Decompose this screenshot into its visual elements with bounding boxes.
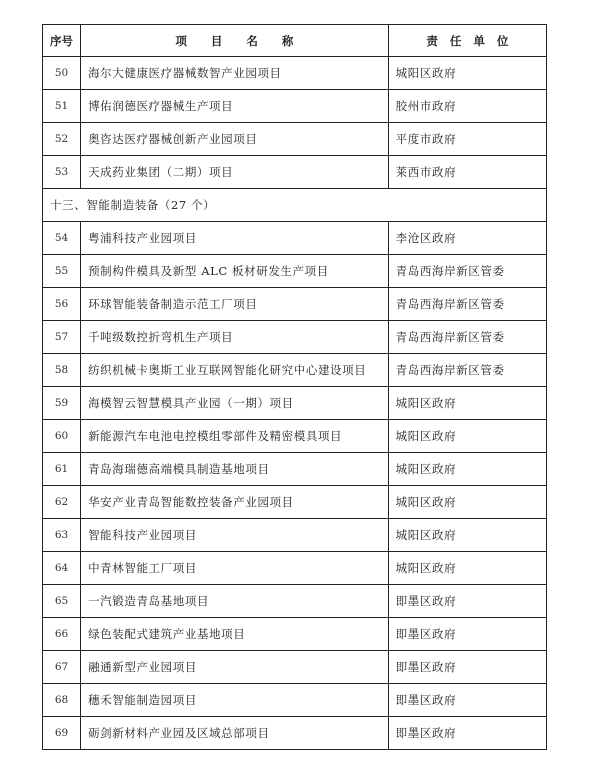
table-row: 69砺剑新材料产业园及区域总部项目即墨区政府 [43, 717, 547, 750]
responsible-unit: 即墨区政府 [388, 651, 546, 684]
row-number: 57 [43, 321, 81, 354]
project-name: 粤浦科技产业园项目 [81, 222, 389, 255]
responsible-unit: 青岛西海岸新区管委 [388, 288, 546, 321]
header-char: 目 [211, 33, 223, 49]
table-row: 61青岛海瑞德高端模具制造基地项目城阳区政府 [43, 453, 547, 486]
responsible-unit: 城阳区政府 [388, 486, 546, 519]
project-name: 中青林智能工厂项目 [81, 552, 389, 585]
row-number: 54 [43, 222, 81, 255]
table-row: 66绿色装配式建筑产业基地项目即墨区政府 [43, 618, 547, 651]
table-row: 57千吨级数控折弯机生产项目青岛西海岸新区管委 [43, 321, 547, 354]
responsible-unit: 城阳区政府 [388, 57, 546, 90]
table-row: 60新能源汽车电池电控模组零部件及精密模具项目城阳区政府 [43, 420, 547, 453]
table-row: 58纺织机械卡奥斯工业互联网智能化研究中心建设项目青岛西海岸新区管委 [43, 354, 547, 387]
table-row: 63智能科技产业园项目城阳区政府 [43, 519, 547, 552]
table-row: 62华安产业青岛智能数控装备产业园项目城阳区政府 [43, 486, 547, 519]
header-char: 位 [497, 33, 509, 49]
table-row: 51博佑润德医疗器械生产项目胶州市政府 [43, 90, 547, 123]
header-char: 责 [426, 33, 438, 49]
responsible-unit: 即墨区政府 [388, 717, 546, 750]
project-name: 新能源汽车电池电控模组零部件及精密模具项目 [81, 420, 389, 453]
row-number: 60 [43, 420, 81, 453]
responsible-unit: 即墨区政府 [388, 585, 546, 618]
row-number: 69 [43, 717, 81, 750]
header-responsible-unit: 责任单位 [388, 25, 546, 57]
project-name: 海模智云智慧模具产业园（一期）项目 [81, 387, 389, 420]
header-char: 名 [246, 33, 258, 49]
row-number: 66 [43, 618, 81, 651]
row-number: 64 [43, 552, 81, 585]
header-project-name: 项目名称 [81, 25, 389, 57]
responsible-unit: 城阳区政府 [388, 519, 546, 552]
table-row: 54粤浦科技产业园项目李沧区政府 [43, 222, 547, 255]
project-name: 博佑润德医疗器械生产项目 [81, 90, 389, 123]
project-name: 预制构件模具及新型 ALC 板材研发生产项目 [81, 255, 389, 288]
table-row: 64中青林智能工厂项目城阳区政府 [43, 552, 547, 585]
header-char: 单 [473, 33, 485, 49]
responsible-unit: 李沧区政府 [388, 222, 546, 255]
project-name: 智能科技产业园项目 [81, 519, 389, 552]
row-number: 63 [43, 519, 81, 552]
project-name: 穗禾智能制造园项目 [81, 684, 389, 717]
row-number: 56 [43, 288, 81, 321]
responsible-unit: 青岛西海岸新区管委 [388, 255, 546, 288]
header-char: 项 [175, 33, 187, 49]
responsible-unit: 青岛西海岸新区管委 [388, 321, 546, 354]
row-number: 59 [43, 387, 81, 420]
project-name: 天成药业集团（二期）项目 [81, 156, 389, 189]
row-number: 68 [43, 684, 81, 717]
row-number: 58 [43, 354, 81, 387]
row-number: 51 [43, 90, 81, 123]
project-name: 一汽锻造青岛基地项目 [81, 585, 389, 618]
project-name: 青岛海瑞德高端模具制造基地项目 [81, 453, 389, 486]
row-number: 52 [43, 123, 81, 156]
row-number: 55 [43, 255, 81, 288]
table-row: 55预制构件模具及新型 ALC 板材研发生产项目青岛西海岸新区管委 [43, 255, 547, 288]
row-number: 62 [43, 486, 81, 519]
project-name: 环球智能装备制造示范工厂项目 [81, 288, 389, 321]
table-row: 67融通新型产业园项目即墨区政府 [43, 651, 547, 684]
responsible-unit: 胶州市政府 [388, 90, 546, 123]
table-row: 50海尔大健康医疗器械数智产业园项目城阳区政府 [43, 57, 547, 90]
project-name: 绿色装配式建筑产业基地项目 [81, 618, 389, 651]
table-row: 59海模智云智慧模具产业园（一期）项目城阳区政府 [43, 387, 547, 420]
project-name: 奥咨达医疗器械创新产业园项目 [81, 123, 389, 156]
responsible-unit: 莱西市政府 [388, 156, 546, 189]
responsible-unit: 平度市政府 [388, 123, 546, 156]
table-row: 53天成药业集团（二期）项目莱西市政府 [43, 156, 547, 189]
project-name: 海尔大健康医疗器械数智产业园项目 [81, 57, 389, 90]
responsible-unit: 青岛西海岸新区管委 [388, 354, 546, 387]
project-name: 纺织机械卡奥斯工业互联网智能化研究中心建设项目 [81, 354, 389, 387]
row-number: 65 [43, 585, 81, 618]
responsible-unit: 城阳区政府 [388, 420, 546, 453]
section-row: 十三、智能制造装备（27 个） [43, 189, 547, 222]
table-row: 52奥咨达医疗器械创新产业园项目平度市政府 [43, 123, 547, 156]
responsible-unit: 城阳区政府 [388, 387, 546, 420]
responsible-unit: 即墨区政府 [388, 618, 546, 651]
project-name: 融通新型产业园项目 [81, 651, 389, 684]
header-no: 序号 [43, 25, 81, 57]
project-name: 华安产业青岛智能数控装备产业园项目 [81, 486, 389, 519]
project-table: 序号 项目名称 责任单位 50海尔大健康医疗器械数智产业园项目城阳区政府 51博… [42, 24, 547, 750]
responsible-unit: 城阳区政府 [388, 453, 546, 486]
row-number: 50 [43, 57, 81, 90]
table-header-row: 序号 项目名称 责任单位 [43, 25, 547, 57]
responsible-unit: 城阳区政府 [388, 552, 546, 585]
table-row: 56环球智能装备制造示范工厂项目青岛西海岸新区管委 [43, 288, 547, 321]
row-number: 53 [43, 156, 81, 189]
row-number: 61 [43, 453, 81, 486]
responsible-unit: 即墨区政府 [388, 684, 546, 717]
header-char: 称 [282, 33, 294, 49]
header-char: 任 [450, 33, 462, 49]
table-row: 68穗禾智能制造园项目即墨区政府 [43, 684, 547, 717]
project-name: 砺剑新材料产业园及区域总部项目 [81, 717, 389, 750]
row-number: 67 [43, 651, 81, 684]
table-row: 65一汽锻造青岛基地项目即墨区政府 [43, 585, 547, 618]
section-heading: 十三、智能制造装备（27 个） [43, 189, 547, 222]
project-name: 千吨级数控折弯机生产项目 [81, 321, 389, 354]
